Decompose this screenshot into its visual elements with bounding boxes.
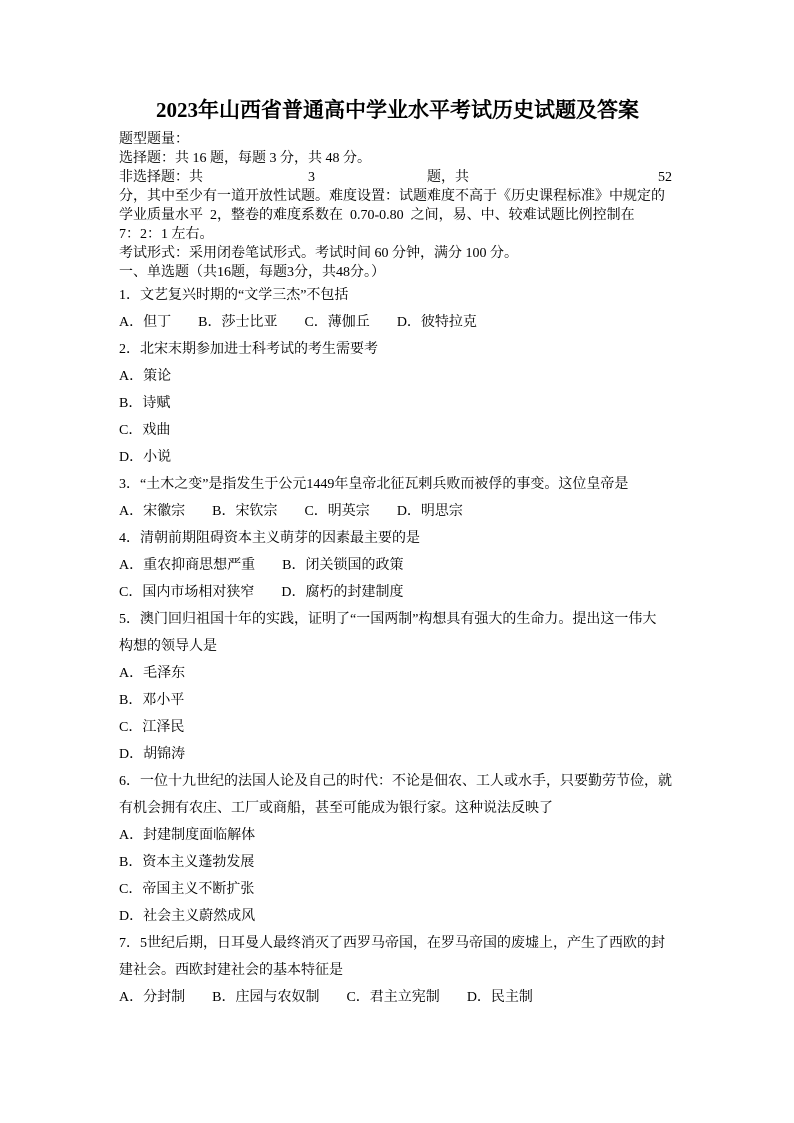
option-3-b: B．宋钦宗 [212, 498, 277, 525]
option-7-b: B．庄园与农奴制 [212, 984, 319, 1011]
question-4-options-row-2: C．国内市场相对狭窄 D．腐朽的封建制度 [119, 579, 676, 606]
option-6-c: C．帝国主义不断扩张 [119, 876, 676, 903]
header-line-exam-form: 考试形式：采用闭卷笔试形式。考试时间 60 分钟，满分 100 分。 [119, 244, 676, 263]
header-line-wrap-2: 学业质量水平 2，整卷的难度系数在 0.70-0.80 之间，易、中、较难试题比… [119, 206, 676, 225]
header-line-topic: 题型题量： [119, 130, 676, 149]
option-7-d: D．民主制 [467, 984, 533, 1011]
header-line-choice: 选择题：共 16 题，每题 3 分，共 48 分。 [119, 149, 676, 168]
option-6-b: B．资本主义蓬勃发展 [119, 849, 676, 876]
question-1-stem: 1．文艺复兴时期的“文学三杰”不包括 [119, 282, 676, 309]
question-7-stem-line-1: 7．5世纪后期，日耳曼人最终消灭了西罗马帝国，在罗马帝国的废墟上，产生了西欧的封 [119, 930, 676, 957]
question-5-stem-line-2: 构想的领导人是 [119, 633, 676, 660]
question-5: 5．澳门回归祖国十年的实践，证明了“一国两制”构想具有强大的生命力。提出这一伟大… [119, 606, 676, 768]
nonchoice-points: 52 [658, 168, 672, 187]
nonchoice-segment: 题，共 [427, 168, 469, 187]
exam-title: 2023年山西省普通高中学业水平考试历史试题及答案 [119, 97, 676, 124]
question-6-stem-line-2: 有机会拥有农庄、工厂或商船，甚至可能成为银行家。这种说法反映了 [119, 795, 676, 822]
option-4-a: A．重农抑商思想严重 [119, 552, 255, 579]
question-6: 6．一位十九世纪的法国人论及自己的时代：不论是佃农、工人或水手，只要勤劳节俭，就… [119, 768, 676, 930]
header-line-nonchoice: 非选择题：共 3 题，共 52 [119, 168, 676, 187]
option-6-d: D．社会主义蔚然成风 [119, 903, 676, 930]
option-2-d: D．小说 [119, 444, 676, 471]
exam-paper: 2023年山西省普通高中学业水平考试历史试题及答案 题型题量： 选择题：共 16… [119, 97, 676, 1011]
option-4-d: D．腐朽的封建制度 [281, 579, 403, 606]
nonchoice-count: 3 [308, 168, 315, 187]
question-3-stem: 3．“土木之变”是指发生于公元1449年皇帝北征瓦剌兵败而被俘的事变。这位皇帝是 [119, 471, 676, 498]
option-3-c: C．明英宗 [304, 498, 369, 525]
option-5-d: D．胡锦涛 [119, 741, 676, 768]
section-heading: 一、单选题（共16题，每题3分，共48分。） [119, 263, 676, 282]
header-line-wrap-3: 7：2：1 左右。 [119, 225, 676, 244]
question-2-stem: 2．北宋末期参加进士科考试的考生需要考 [119, 336, 676, 363]
question-4-options-row-1: A．重农抑商思想严重 B．闭关锁国的政策 [119, 552, 676, 579]
header-line-wrap-1: 分，其中至少有一道开放性试题。难度设置：试题难度不高于《历史课程标准》中规定的 [119, 187, 676, 206]
question-7: 7．5世纪后期，日耳曼人最终消灭了西罗马帝国，在罗马帝国的废墟上，产生了西欧的封… [119, 930, 676, 1011]
option-1-a: A．但丁 [119, 309, 171, 336]
exam-header-block: 题型题量： 选择题：共 16 题，每题 3 分，共 48 分。 非选择题：共 3… [119, 130, 676, 282]
option-2-c: C．戏曲 [119, 417, 676, 444]
question-6-stem-line-1: 6．一位十九世纪的法国人论及自己的时代：不论是佃农、工人或水手，只要勤劳节俭，就 [119, 768, 676, 795]
question-7-stem-line-2: 建社会。西欧封建社会的基本特征是 [119, 957, 676, 984]
option-6-a: A．封建制度面临解体 [119, 822, 676, 849]
option-7-a: A．分封制 [119, 984, 185, 1011]
question-1-options: A．但丁 B．莎士比亚 C．薄伽丘 D．彼特拉克 [119, 309, 676, 336]
question-4: 4．清朝前期阻碍资本主义萌芽的因素最主要的是 A．重农抑商思想严重 B．闭关锁国… [119, 525, 676, 606]
option-5-c: C．江泽民 [119, 714, 676, 741]
option-2-a: A．策论 [119, 363, 676, 390]
option-1-b: B．莎士比亚 [198, 309, 277, 336]
option-4-b: B．闭关锁国的政策 [282, 552, 403, 579]
question-2: 2．北宋末期参加进士科考试的考生需要考 A．策论 B．诗赋 C．戏曲 D．小说 [119, 336, 676, 471]
question-1: 1．文艺复兴时期的“文学三杰”不包括 A．但丁 B．莎士比亚 C．薄伽丘 D．彼… [119, 282, 676, 336]
option-4-c: C．国内市场相对狭窄 [119, 579, 254, 606]
option-1-c: C．薄伽丘 [304, 309, 369, 336]
nonchoice-segment: 非选择题：共 [119, 168, 203, 187]
question-4-stem: 4．清朝前期阻碍资本主义萌芽的因素最主要的是 [119, 525, 676, 552]
question-5-stem-line-1: 5．澳门回归祖国十年的实践，证明了“一国两制”构想具有强大的生命力。提出这一伟大 [119, 606, 676, 633]
question-3: 3．“土木之变”是指发生于公元1449年皇帝北征瓦剌兵败而被俘的事变。这位皇帝是… [119, 471, 676, 525]
question-list: 1．文艺复兴时期的“文学三杰”不包括 A．但丁 B．莎士比亚 C．薄伽丘 D．彼… [119, 282, 676, 1011]
option-3-a: A．宋徽宗 [119, 498, 185, 525]
question-3-options: A．宋徽宗 B．宋钦宗 C．明英宗 D．明思宗 [119, 498, 676, 525]
option-3-d: D．明思宗 [397, 498, 463, 525]
option-5-b: B．邓小平 [119, 687, 676, 714]
option-2-b: B．诗赋 [119, 390, 676, 417]
option-7-c: C．君主立宪制 [346, 984, 439, 1011]
question-7-options: A．分封制 B．庄园与农奴制 C．君主立宪制 D．民主制 [119, 984, 676, 1011]
document-page: 2023年山西省普通高中学业水平考试历史试题及答案 题型题量： 选择题：共 16… [0, 0, 794, 1123]
option-5-a: A．毛泽东 [119, 660, 676, 687]
option-1-d: D．彼特拉克 [397, 309, 477, 336]
